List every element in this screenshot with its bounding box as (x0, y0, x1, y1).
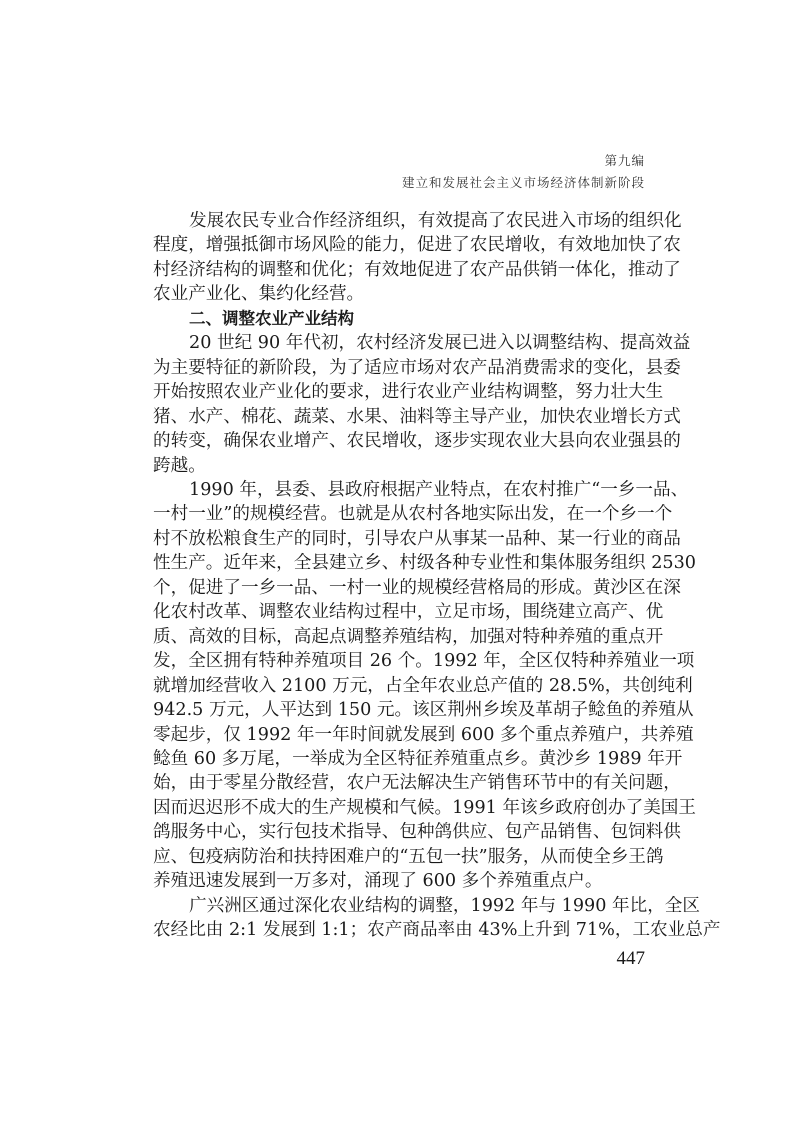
paragraph: 1990 年，县委、县政府根据产业特点，在农村推广“一乡一品、 一村一业”的规模… (153, 478, 646, 894)
text-line: 性生产。近年来，全县建立乡、村级各种专业性和集体服务组织 2530 (153, 551, 646, 575)
part-label: 第九编 (402, 150, 645, 172)
text-line: 程度，增强抵御市场风险的能力，促进了农民增收，有效地加快了农 (153, 233, 646, 257)
text-line: 因而迟迟形不成大的生产规模和气候。1991 年该乡政府创办了美国王 (153, 796, 646, 820)
text-line: 的转变，确保农业增产、农民增收，逐步实现农业大县向农业强县的 (153, 429, 646, 453)
heading-text: 二、调整农业产业结构 (153, 307, 646, 331)
text-line: 养殖迅速发展到一万多对，涌现了 600 多个养殖重点户。 (153, 869, 646, 893)
text-line: 广兴洲区通过深化农业结构的调整，1992 年与 1990 年比，全区 (153, 894, 646, 918)
text-line: 开始按照农业产业化的要求，进行农业产业结构调整，努力壮大生 (153, 380, 646, 404)
page-number: 447 (617, 948, 646, 970)
paragraph: 广兴洲区通过深化农业结构的调整，1992 年与 1990 年比，全区 农经比由 … (153, 894, 646, 943)
text-line: 零起步，仅 1992 年一年时间就发展到 600 多个重点养殖户，共养殖 (153, 723, 646, 747)
text-line: 发展农民专业合作经济组织，有效提高了农民进入市场的组织化 (153, 209, 646, 233)
body-text: 发展农民专业合作经济组织，有效提高了农民进入市场的组织化 程度，增强抵御市场风险… (153, 209, 646, 943)
section-heading: 二、调整农业产业结构 (153, 307, 646, 331)
text-line: 1990 年，县委、县政府根据产业特点，在农村推广“一乡一品、 (153, 478, 646, 502)
text-line: 跨越。 (153, 454, 646, 478)
running-header: 第九编 建立和发展社会主义市场经济体制新阶段 (402, 150, 645, 194)
text-line: 农经比由 2:1 发展到 1:1；农产商品率由 43%上升到 71%，工农业总产 (153, 918, 646, 942)
text-line: 村经济结构的调整和优化；有效地促进了农产品供销一体化，推动了 (153, 258, 646, 282)
text-line: 质、高效的目标，高起点调整养殖结构，加强对特种养殖的重点开 (153, 625, 646, 649)
text-line: 942.5 万元，人平达到 150 元。该区荆州乡埃及革胡子鲶鱼的养殖从 (153, 698, 646, 722)
paragraph: 发展农民专业合作经济组织，有效提高了农民进入市场的组织化 程度，增强抵御市场风险… (153, 209, 646, 307)
text-line: 一村一业”的规模经营。也就是从农村各地实际出发，在一个乡一个 (153, 502, 646, 526)
part-title: 建立和发展社会主义市场经济体制新阶段 (402, 172, 645, 194)
text-line: 就增加经营收入 2100 万元，占全年农业总产值的 28.5%，共创纯利 (153, 674, 646, 698)
text-line: 应、包疫病防治和扶持困难户的“五包一扶”服务，从而使全乡王鸽 (153, 845, 646, 869)
text-line: 20 世纪 90 年代初，农村经济发展已进入以调整结构、提高效益 (153, 331, 646, 355)
text-line: 鲶鱼 60 多万尾，一举成为全区特征养殖重点乡。黄沙乡 1989 年开 (153, 747, 646, 771)
text-line: 为主要特征的新阶段，为了适应市场对农产品消费需求的变化，县委 (153, 356, 646, 380)
text-line: 村不放松粮食生产的同时，引导农户从事某一品种、某一行业的商品 (153, 527, 646, 551)
text-line: 个，促进了一乡一品、一村一业的规模经营格局的形成。黄沙区在深 (153, 576, 646, 600)
text-line: 化农村改革、调整农业结构过程中，立足市场，围绕建立高产、优 (153, 600, 646, 624)
text-line: 农业产业化、集约化经营。 (153, 282, 646, 306)
text-line: 鸽服务中心，实行包技术指导、包种鸽供应、包产品销售、包饲料供 (153, 820, 646, 844)
text-line: 始，由于零星分散经营，农户无法解决生产销售环节中的有关问题， (153, 771, 646, 795)
text-line: 发，全区拥有特种养殖项目 26 个。1992 年，全区仅特种养殖业一项 (153, 649, 646, 673)
paragraph: 20 世纪 90 年代初，农村经济发展已进入以调整结构、提高效益 为主要特征的新… (153, 331, 646, 478)
text-line: 猪、水产、棉花、蔬菜、水果、油料等主导产业，加快农业增长方式 (153, 405, 646, 429)
